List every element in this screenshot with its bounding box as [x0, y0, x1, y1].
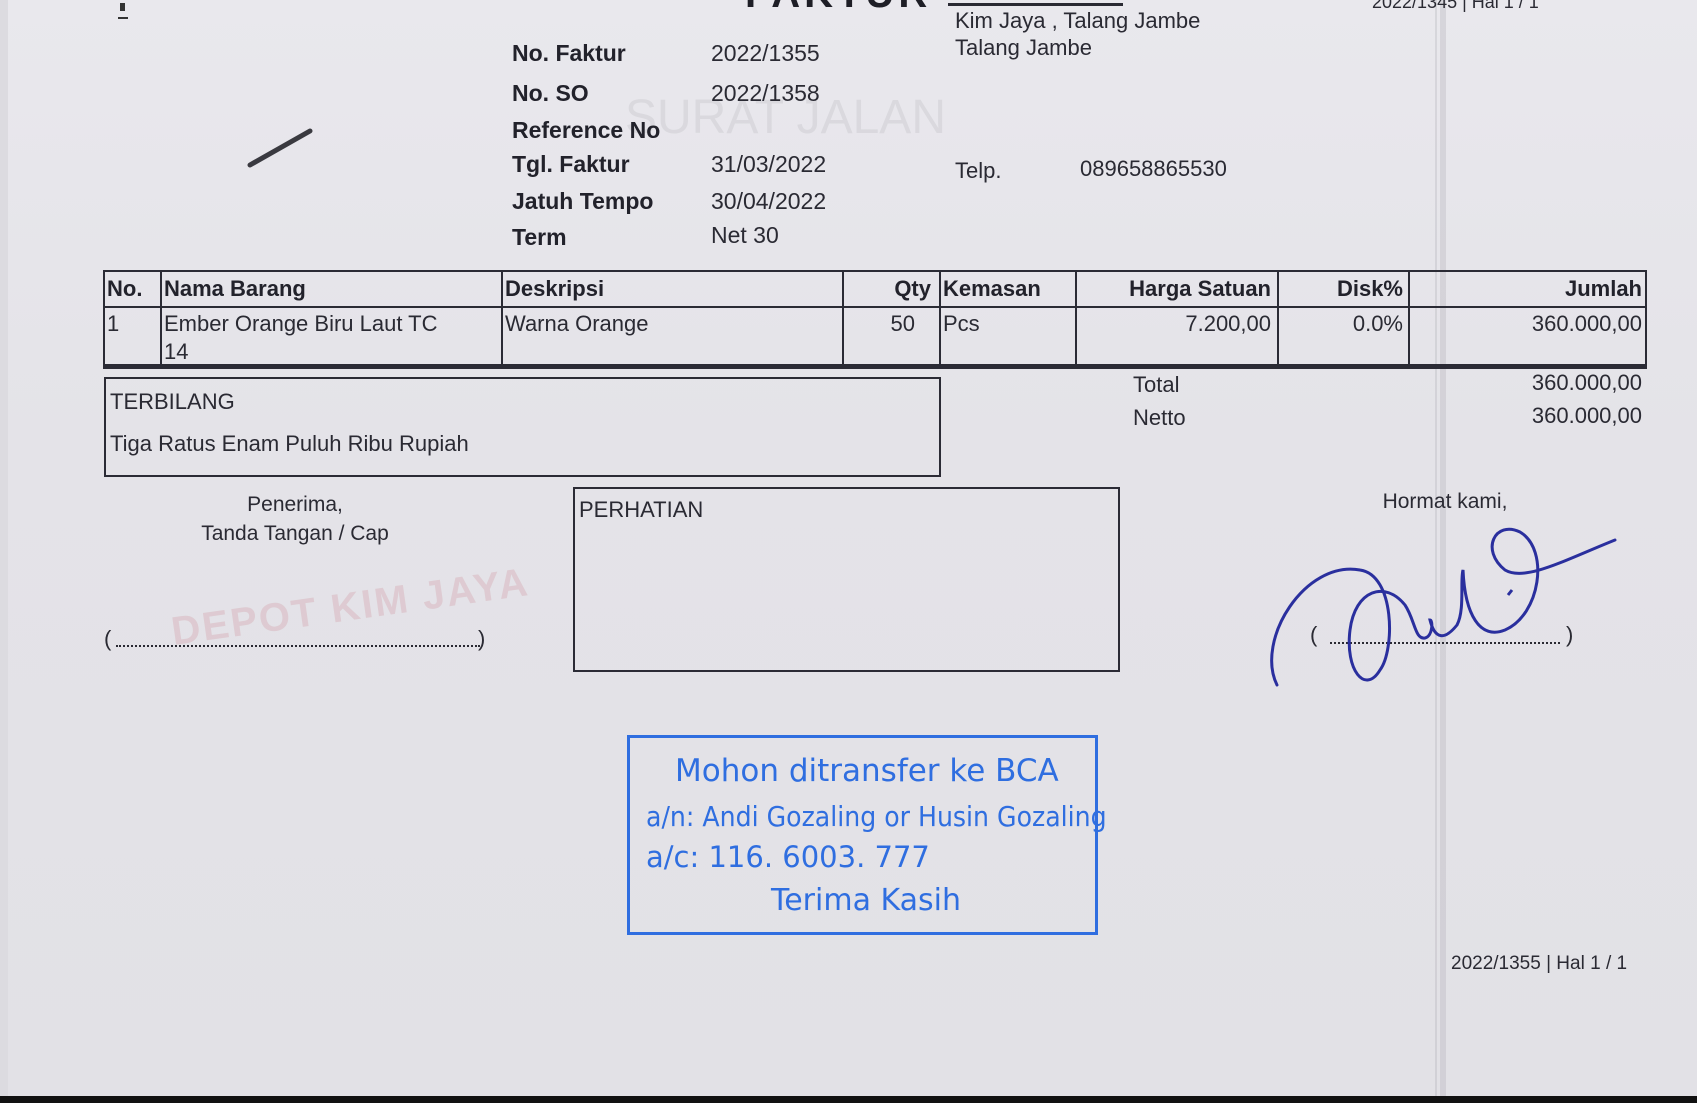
- col-divider: [1408, 272, 1410, 364]
- title-underline: [948, 3, 1123, 6]
- receiver-signature-line: [116, 645, 480, 647]
- netto-label: Netto: [1133, 405, 1186, 431]
- cell-jumlah: 360.000,00: [1412, 310, 1642, 338]
- document-title: FAKTUR: [745, 0, 931, 17]
- field-value-no-so: 2022/1358: [711, 80, 820, 107]
- perhatian-label: PERHATIAN: [579, 497, 703, 523]
- page-reference: 2022/1355 | Hal 1 / 1: [1451, 953, 1627, 975]
- field-label-jatuh-tempo: Jatuh Tempo: [512, 188, 653, 215]
- terbilang-value: Tiga Ratus Enam Puluh Ribu Rupiah: [110, 431, 469, 457]
- total-label: Total: [1133, 372, 1179, 398]
- payment-instruction-stamp: Mohon ditransfer ke BCA a/n: Andi Gozali…: [627, 735, 1098, 935]
- field-value-term: Net 30: [711, 222, 779, 249]
- column-header-disk: Disk%: [1281, 276, 1403, 302]
- receiver-paren-open: (: [104, 626, 111, 652]
- items-table: No. Nama Barang Deskripsi Qty Kemasan Ha…: [103, 270, 1647, 366]
- field-label-tgl-faktur: Tgl. Faktur: [512, 151, 630, 178]
- field-label-no-faktur: No. Faktur: [512, 40, 626, 67]
- col-divider: [939, 272, 941, 364]
- total-value: 360.000,00: [1400, 370, 1642, 396]
- customer-phone-label: Telp.: [955, 158, 1001, 184]
- cell-deskripsi: Warna Orange: [505, 310, 648, 338]
- column-header-deskripsi: Deskripsi: [505, 276, 604, 302]
- corner-mark: [120, 3, 125, 11]
- column-header-kemasan: Kemasan: [943, 276, 1041, 302]
- customer-address-line2: Talang Jambe: [955, 35, 1092, 61]
- customer-phone: 089658865530: [1080, 156, 1227, 182]
- handwritten-signature-icon: [1265, 520, 1635, 695]
- stamp-line-thanks: Terima Kasih: [771, 883, 961, 918]
- field-label-term: Term: [512, 224, 567, 251]
- terbilang-label: TERBILANG: [110, 389, 235, 415]
- stamp-line-account-name: a/n: Andi Gozaling or Husin Gozaling: [646, 800, 1107, 833]
- perhatian-box: PERHATIAN: [573, 487, 1120, 672]
- column-header-harga-satuan: Harga Satuan: [1079, 276, 1271, 302]
- col-divider: [1075, 272, 1077, 364]
- cell-no: 1: [107, 310, 119, 338]
- field-value-jatuh-tempo: 30/04/2022: [711, 188, 826, 215]
- customer-address-line1: Kim Jaya , Talang Jambe: [955, 8, 1200, 34]
- receiver-sublabel: Tanda Tangan / Cap: [145, 522, 445, 546]
- top-page-ref-fragment: 2022/1345 | Hal 1 / 1: [1372, 0, 1539, 13]
- cell-qty: 50: [845, 310, 915, 338]
- col-divider: [501, 272, 503, 364]
- col-divider: [160, 272, 162, 364]
- column-header-jumlah: Jumlah: [1412, 276, 1642, 302]
- pen-mark-icon: [245, 125, 315, 170]
- stamp-line-account-number: a/c: 116. 6003. 777: [646, 840, 930, 874]
- column-header-no: No.: [107, 276, 142, 302]
- cell-disk: 0.0%: [1281, 310, 1403, 338]
- receiver-label: Penerima,: [145, 493, 445, 517]
- cell-nama-barang-line2: 14: [164, 338, 438, 366]
- column-header-qty: Qty: [845, 276, 931, 302]
- sender-label: Hormat kami,: [1320, 490, 1570, 514]
- field-label-reference-no: Reference No: [512, 117, 660, 144]
- netto-value: 360.000,00: [1400, 403, 1642, 429]
- cell-harga-satuan: 7.200,00: [1079, 310, 1271, 338]
- field-value-no-faktur: 2022/1355: [711, 40, 820, 67]
- field-label-no-so: No. SO: [512, 80, 589, 107]
- field-value-tgl-faktur: 31/03/2022: [711, 151, 826, 178]
- stamp-line-transfer: Mohon ditransfer ke BCA: [675, 753, 1059, 789]
- table-header-divider: [105, 306, 1645, 308]
- corner-mark-dash: [118, 17, 128, 19]
- cell-kemasan: Pcs: [943, 310, 980, 338]
- column-header-nama-barang: Nama Barang: [164, 276, 306, 302]
- terbilang-box: TERBILANG Tiga Ratus Enam Puluh Ribu Rup…: [104, 377, 941, 477]
- scan-bottom-edge: [0, 1096, 1697, 1103]
- col-divider: [1277, 272, 1279, 364]
- cell-nama-barang: Ember Orange Biru Laut TC 14: [164, 310, 438, 366]
- table-bottom-rule: [103, 364, 1647, 369]
- receiver-paren-close: ): [478, 626, 485, 652]
- col-divider: [842, 272, 844, 364]
- cell-nama-barang-line1: Ember Orange Biru Laut TC: [164, 310, 438, 338]
